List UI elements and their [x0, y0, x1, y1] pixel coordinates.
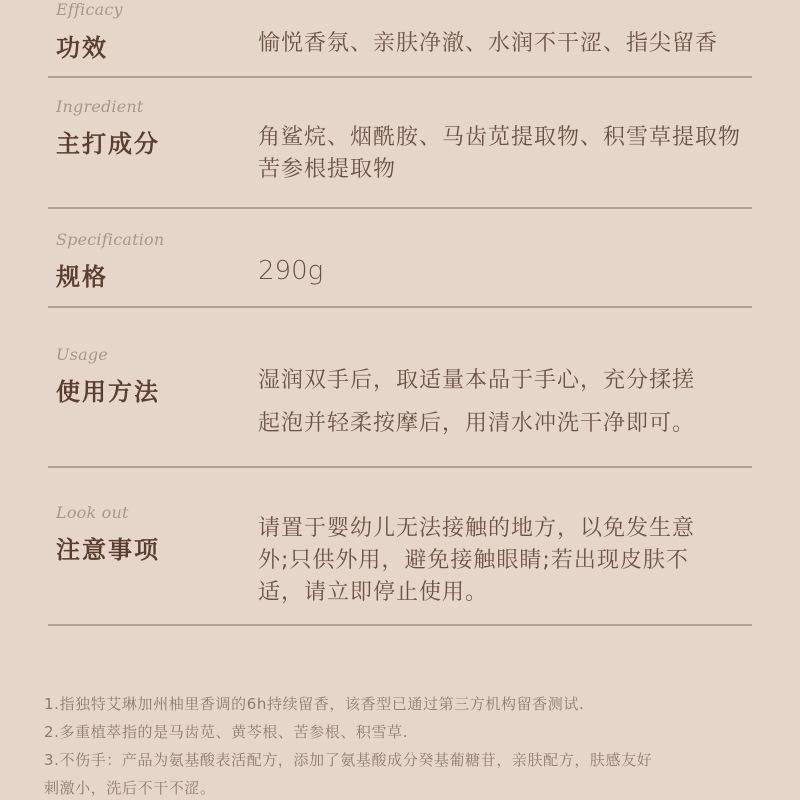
usage-label: 使用方法	[56, 372, 160, 407]
usage-value-line: 湿润双手后，取适量本品于手心，充分揉搓	[258, 359, 758, 402]
look-out-value-line: 请置于婴幼儿无法接触的地方，以免发生意	[258, 513, 758, 545]
specification-value-line: 290g	[258, 256, 758, 286]
ingredient-value-line: 角鲨烷、烟酰胺、马齿苋提取物、积雪草提取物	[258, 122, 758, 154]
divider	[48, 306, 752, 308]
divider	[48, 466, 752, 468]
specification-value: 290g	[258, 256, 758, 286]
footnote-3-continued: 刺激小，洗后不干不涩。	[44, 774, 764, 800]
ingredient-value: 角鲨烷、烟酰胺、马齿苋提取物、积雪草提取物 苦参根提取物	[258, 122, 758, 186]
footnote-3: 3.不伤手：产品为氨基酸表活配方，添加了氨基酸成分癸基葡糖苷，亲肤配方，肤感友好	[44, 746, 764, 774]
look-out-english-label: Look out	[56, 503, 129, 522]
look-out-label: 注意事项	[56, 530, 160, 565]
footnote-2: 2.多重植萃指的是马齿苋、黄芩根、苦参根、积雪草.	[44, 718, 764, 746]
usage-value: 湿润双手后，取适量本品于手心，充分揉搓 起泡并轻柔按摩后，用清水冲洗干净即可。	[258, 359, 758, 445]
specification-label: 规格	[56, 257, 108, 292]
footnotes: 1.指独特艾琳加州柚里香调的6h持续留香，该香型已通过第三方机构留香测试. 2.…	[44, 690, 764, 800]
efficacy-english-label: Efficacy	[56, 0, 123, 19]
specification-english-label: Specification	[56, 230, 164, 249]
footnote-1: 1.指独特艾琳加州柚里香调的6h持续留香，该香型已通过第三方机构留香测试.	[44, 690, 764, 718]
efficacy-value: 愉悦香氛、亲肤净澈、水润不干涩、指尖留香	[258, 29, 758, 59]
look-out-value: 请置于婴幼儿无法接触的地方，以免发生意 外;只供外用，避免接触眼睛;若出现皮肤不…	[258, 513, 758, 609]
divider	[48, 76, 752, 78]
look-out-value-line: 外;只供外用，避免接触眼睛;若出现皮肤不	[258, 545, 758, 577]
efficacy-label: 功效	[56, 28, 108, 63]
ingredient-english-label: Ingredient	[56, 97, 144, 116]
usage-value-line: 起泡并轻柔按摩后，用清水冲洗干净即可。	[258, 402, 758, 445]
divider	[48, 207, 752, 209]
ingredient-label: 主打成分	[56, 124, 160, 159]
divider	[48, 624, 752, 626]
usage-english-label: Usage	[56, 345, 108, 364]
efficacy-value-line: 愉悦香氛、亲肤净澈、水润不干涩、指尖留香	[258, 29, 758, 59]
look-out-value-line: 适，请立即停止使用。	[258, 577, 758, 609]
ingredient-value-line: 苦参根提取物	[258, 154, 758, 186]
